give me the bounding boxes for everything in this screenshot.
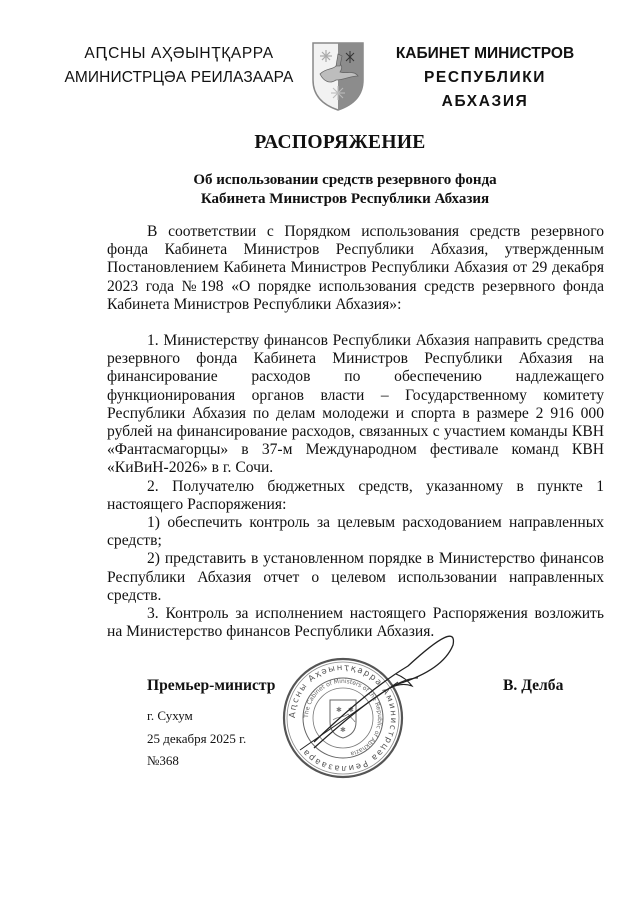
subject-line-1: Об использовании средств резервного фонд… <box>0 171 640 190</box>
header-russian-name: КАБИНЕТ МИНИСТРОВ РЕСПУБЛИКИ АБХАЗИЯ <box>380 42 590 114</box>
signatory-position: Премьер-министр <box>147 677 275 695</box>
item-1-paragraph: 1. Министерству финансов Республики Абха… <box>107 332 604 478</box>
issue-date: 25 декабря 2025 г. <box>147 731 246 747</box>
svg-text:✱: ✱ <box>340 726 346 734</box>
header-left-line2: АМИНИСТРЦӘА РЕИЛАЗААРА <box>55 66 303 90</box>
header-abkhaz-name: АԤСНЫ АҲӘЫНҬҚАРРА АМИНИСТРЦӘА РЕИЛАЗААРА <box>55 42 303 90</box>
official-seal-icon: Аԥсны Аҳәынҭқарра Аминистрцәа Реилазаара… <box>278 630 478 805</box>
subitem-2-paragraph: 2) представить в установленном порядке в… <box>107 550 604 605</box>
item-2-paragraph: 2. Получателю бюджетных средств, указанн… <box>107 478 604 514</box>
svg-text:✱: ✱ <box>336 706 342 714</box>
header-right-line1: КАБИНЕТ МИНИСТРОВ <box>380 42 590 66</box>
subitem-1-paragraph: 1) обеспечить контроль за целевым расход… <box>107 514 604 550</box>
signatory-name: В. Делба <box>503 677 563 695</box>
document-number: №368 <box>147 753 179 769</box>
preamble-paragraph: В соответствии с Порядком использования … <box>107 223 604 314</box>
document-subject: Об использовании средств резервного фонд… <box>0 171 640 209</box>
document-type-title: РАСПОРЯЖЕНИЕ <box>0 132 640 154</box>
issue-place: г. Сухум <box>147 708 193 724</box>
header-left-line1: АԤСНЫ АҲӘЫНҬҚАРРА <box>55 42 303 66</box>
subject-line-2: Кабинета Министров Республики Абхазия <box>0 190 640 209</box>
header-right-line2: РЕСПУБЛИКИ АБХАЗИЯ <box>380 66 590 114</box>
svg-text:The Cabinet of Ministers of th: The Cabinet of Ministers of the Republic… <box>303 678 383 757</box>
coat-of-arms-icon <box>310 40 366 112</box>
document-body: В соответствии с Порядком использования … <box>107 223 604 641</box>
